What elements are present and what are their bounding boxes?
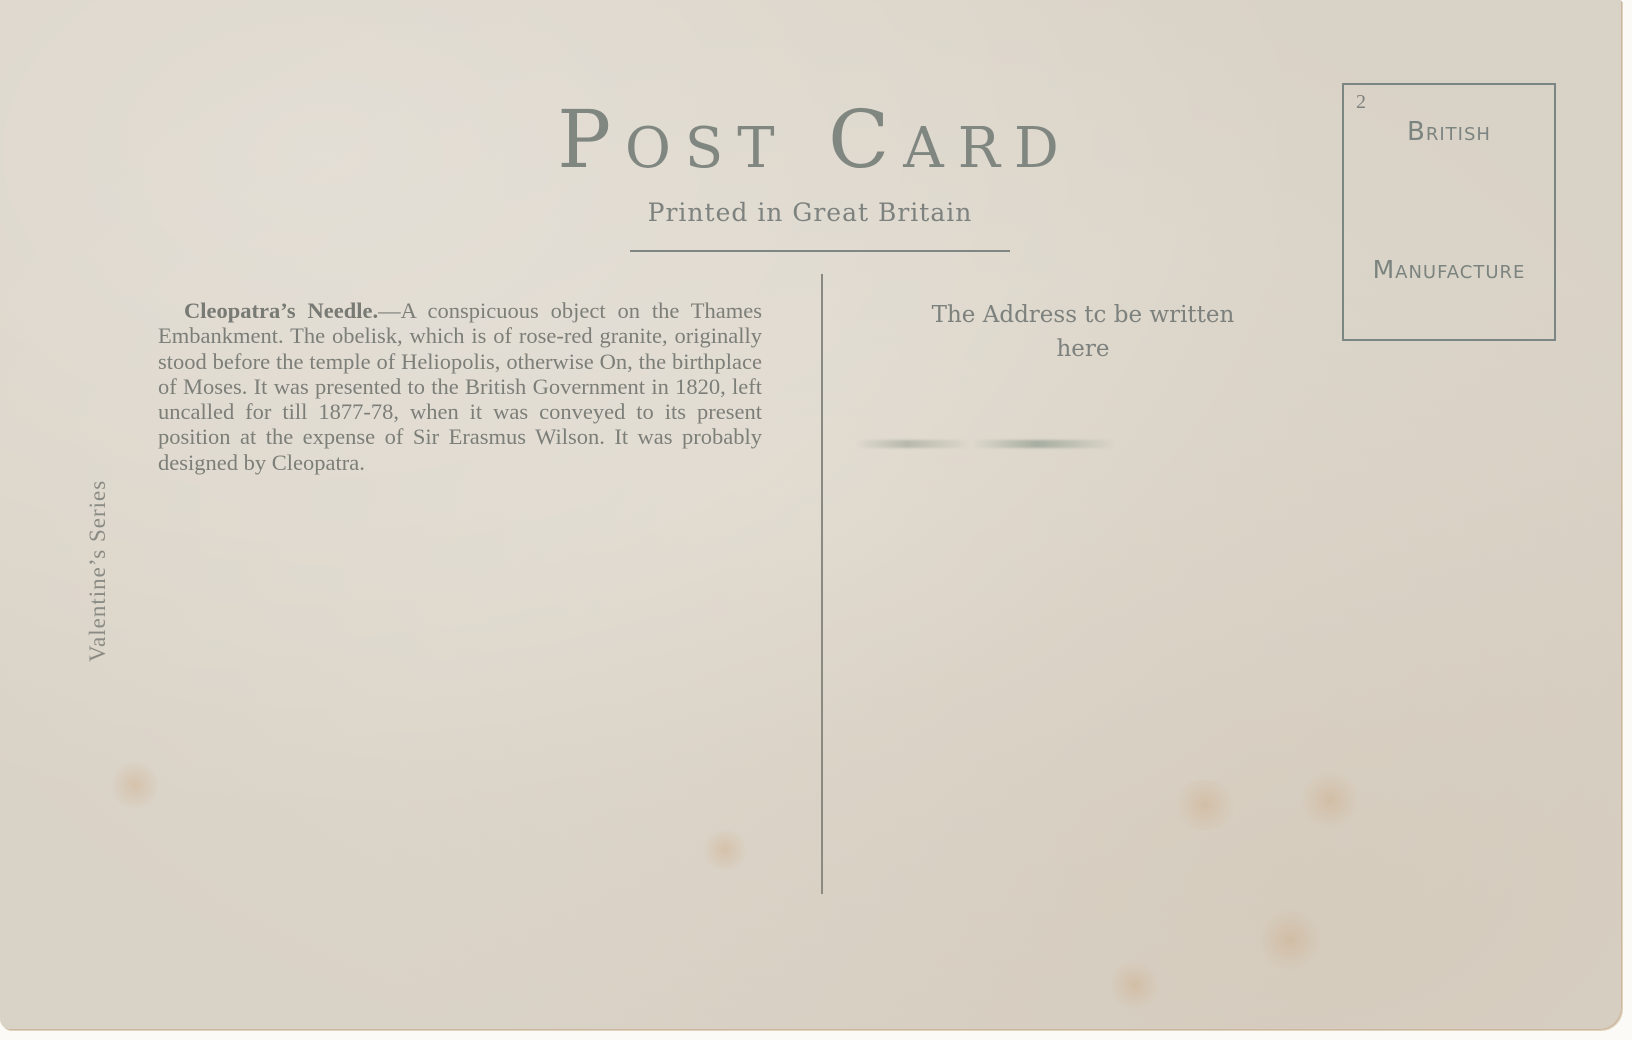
foxing-stain: [110, 760, 160, 810]
title-underline: [630, 250, 1010, 252]
address-prompt-line1: The Address tc be written: [900, 298, 1266, 332]
stamp-box: 2 British Manufacture: [1342, 83, 1556, 341]
postcard-title: Post Card: [555, 100, 1075, 180]
center-divider: [821, 274, 823, 894]
postcard-back: Post Card Printed in Great Britain Valen…: [0, 0, 1621, 1029]
address-prompt: The Address tc be written here: [900, 298, 1266, 366]
stamp-box-number: 2: [1356, 91, 1366, 114]
foxing-stain: [700, 830, 750, 870]
foxing-stain: [1260, 905, 1320, 975]
foxing-stain: [1110, 960, 1160, 1010]
description-text: —A conspicuous object on the Thames Emba…: [158, 298, 762, 475]
foxing-stain: [1300, 770, 1360, 830]
address-prompt-line2: here: [900, 332, 1266, 366]
stamp-box-line2: Manufacture: [1344, 255, 1554, 284]
stamp-box-line1: British: [1344, 117, 1554, 147]
ink-smudge: [855, 440, 1115, 448]
publisher-series-label: Valentine’s Series: [85, 408, 113, 662]
printed-in-subtitle: Printed in Great Britain: [620, 198, 1000, 227]
foxing-stain: [1170, 780, 1240, 830]
description-paragraph: Cleopatra’s Needle.—A conspicuous object…: [158, 298, 762, 475]
description-heading: Cleopatra’s Needle.: [158, 298, 378, 323]
